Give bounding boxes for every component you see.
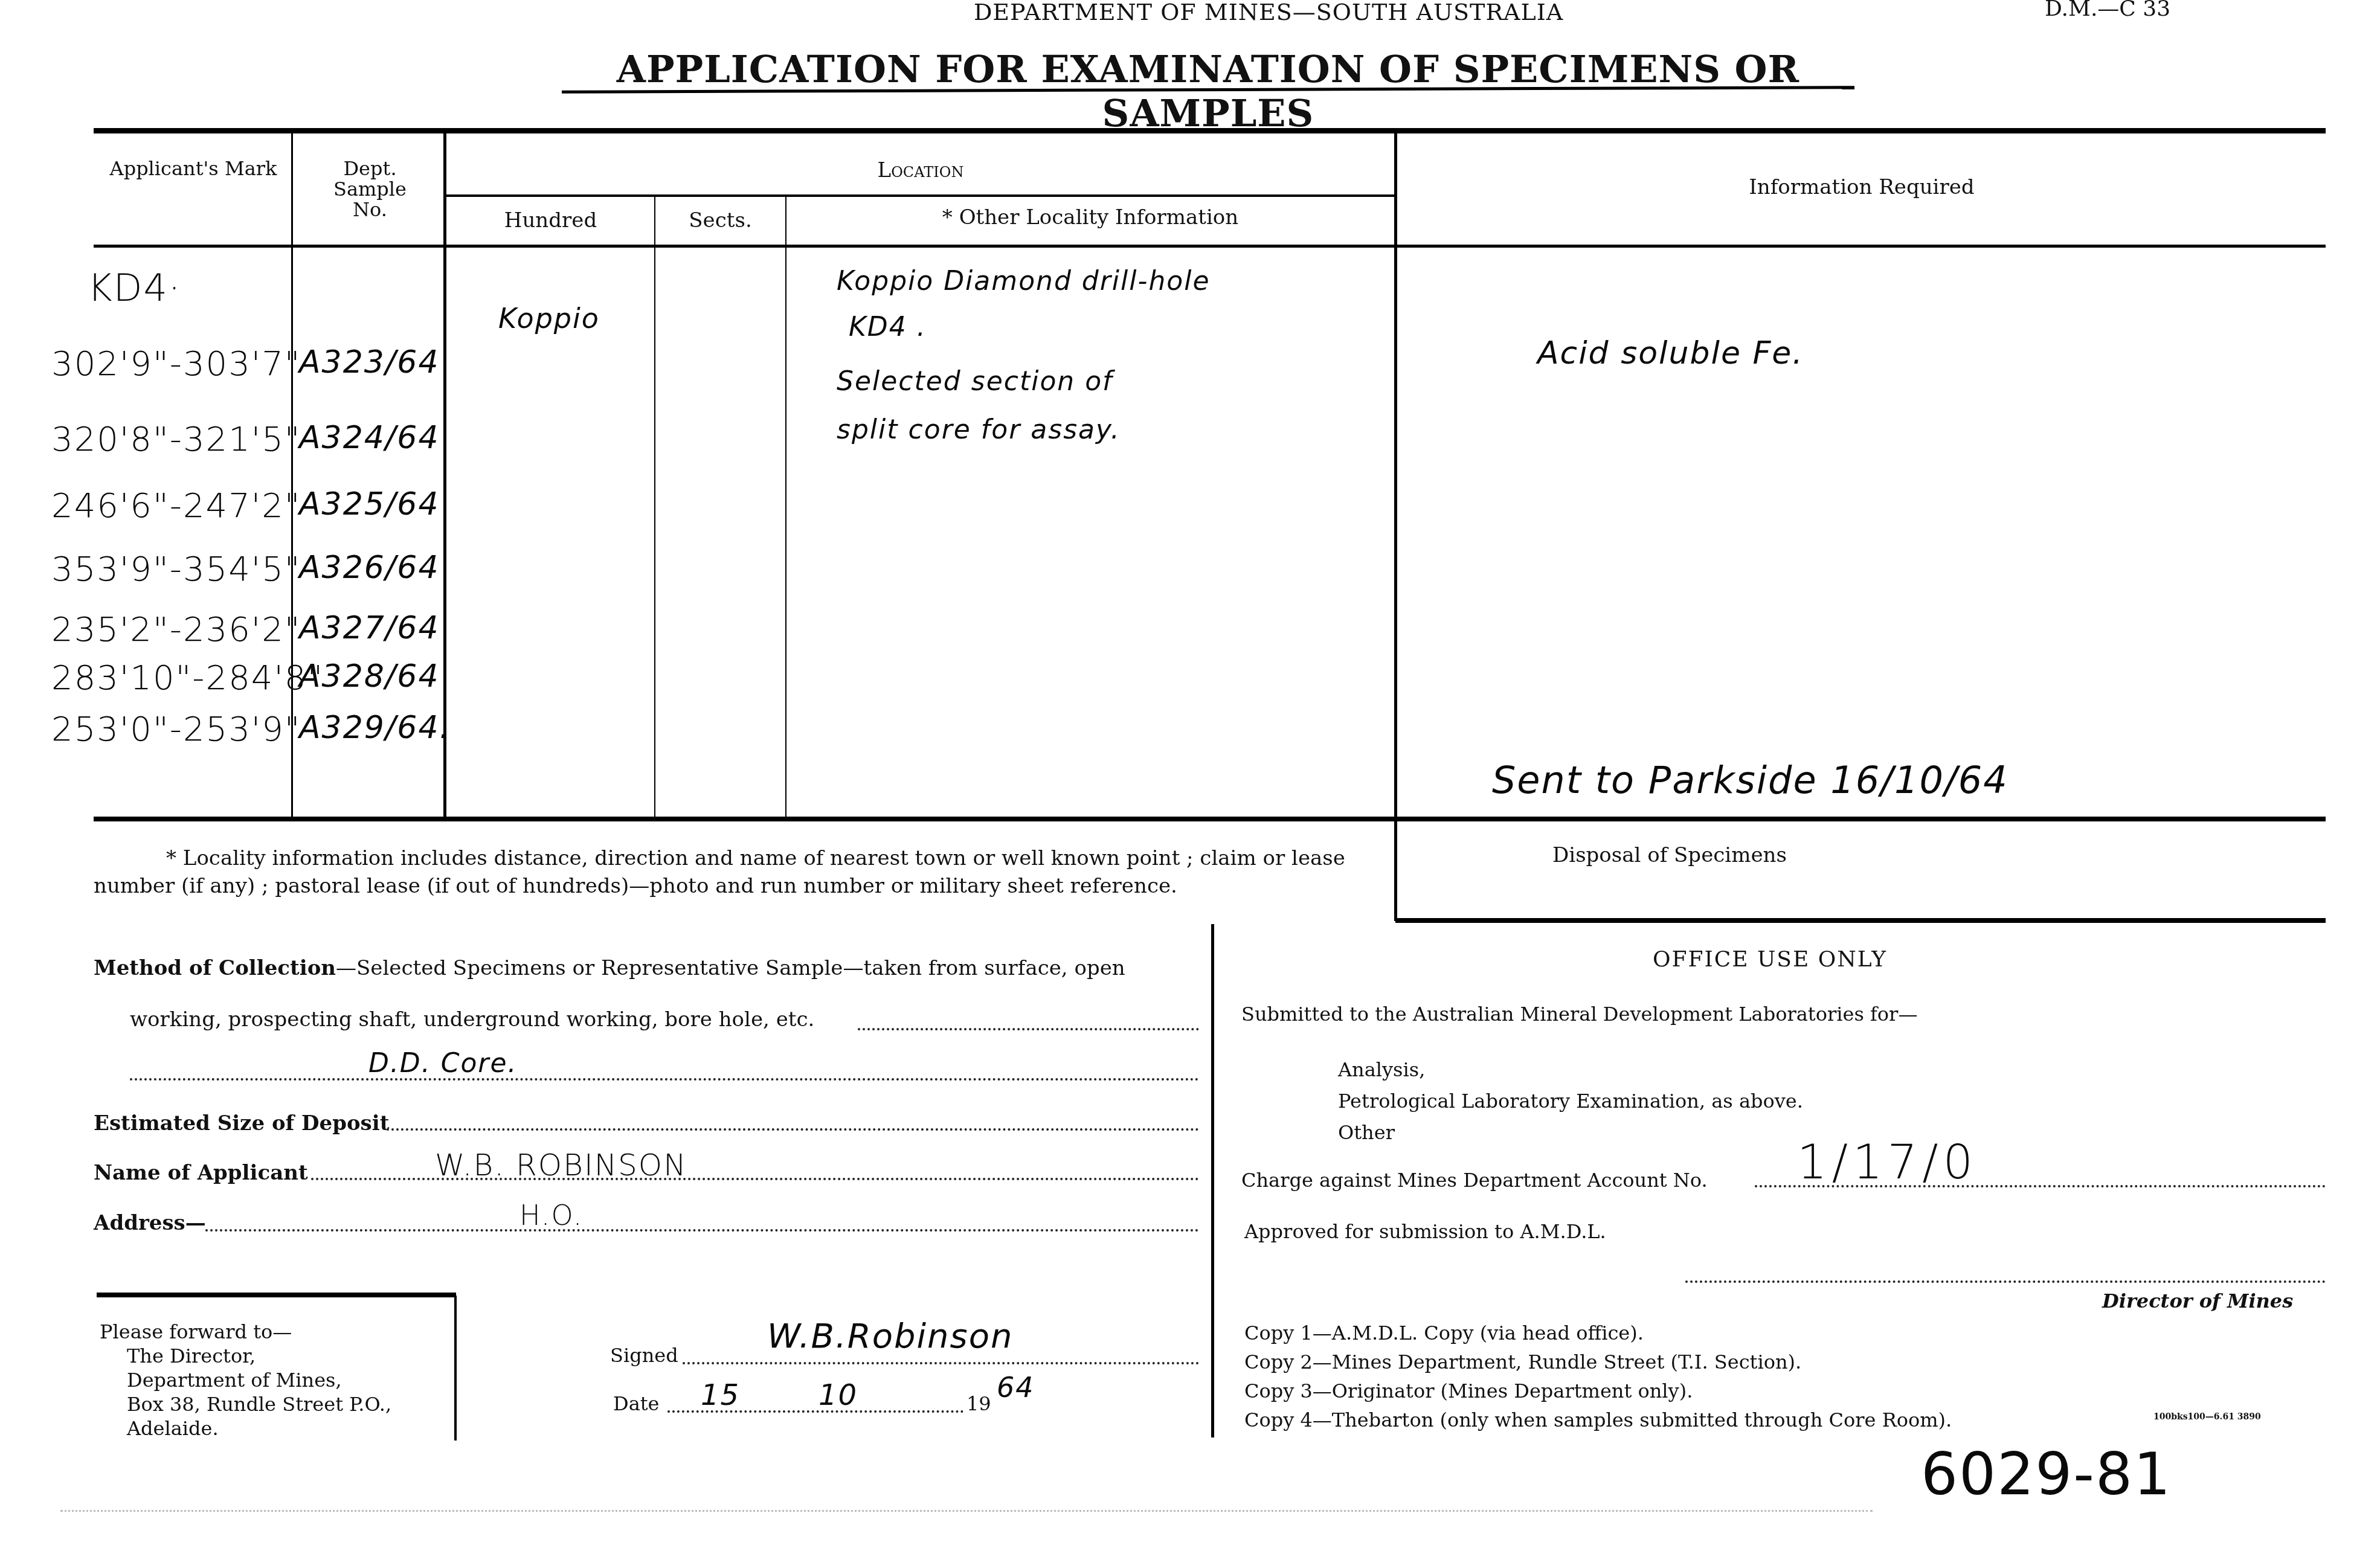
col-divider-info xyxy=(1394,130,1397,921)
signed-label: Signed xyxy=(610,1344,678,1367)
locality-line: split core for assay. xyxy=(837,414,1380,463)
copy-item: Copy 3—Originator (Mines Department only… xyxy=(1244,1376,1952,1405)
copy-item: Copy 1—A.M.D.L. Copy (via head office). xyxy=(1244,1319,1952,1347)
forward-box-top xyxy=(97,1293,456,1297)
approved-for-submission-label: Approved for submission to A.M.D.L. xyxy=(1244,1220,1606,1243)
locality-line: Koppio Diamond drill-hole xyxy=(837,266,1380,312)
signed-field[interactable] xyxy=(683,1362,1199,1364)
estimated-size-field[interactable] xyxy=(387,1128,1199,1131)
forward-line: The Director, xyxy=(100,1344,391,1368)
depth-interval-cell[interactable]: 235'2"-236'2" xyxy=(51,610,301,649)
method-of-collection-text: —Selected Specimens or Representative Sa… xyxy=(336,956,1125,980)
department-heading: DEPARTMENT OF MINES—SOUTH AUSTRALIA xyxy=(906,0,1631,25)
locality-footnote: * Locality information includes distance… xyxy=(94,844,1386,900)
table-row: 320'8"-321'5" A324/64 xyxy=(24,420,447,474)
file-number: 6029-81 xyxy=(1921,1441,2172,1508)
depth-interval-cell[interactable]: 353'9"-354'5" xyxy=(51,550,301,589)
locality-line: Selected section of xyxy=(837,366,1380,414)
forward-line: Department of Mines, xyxy=(100,1368,391,1392)
disposal-bottom-border xyxy=(1395,918,2326,923)
table-row: 353'9"-354'5" A326/64 xyxy=(24,550,447,604)
other-locality-value[interactable]: Koppio Diamond drill-hole KD4 . Selected… xyxy=(837,266,1380,463)
sample-number-cell[interactable]: A328/64 xyxy=(299,658,440,695)
forward-line: Please forward to— xyxy=(100,1320,391,1344)
date-day-value[interactable]: 15 xyxy=(701,1378,740,1412)
sample-number-cell[interactable]: A329/64. xyxy=(299,710,451,746)
name-of-applicant-label: Name of Applicant xyxy=(94,1161,308,1185)
col-header-dept-sample-no: Dept. Sample No. xyxy=(326,158,414,220)
mark-heading-value[interactable]: KD4· xyxy=(88,266,182,310)
header-bottom-border xyxy=(94,245,2326,248)
table-bottom-border xyxy=(94,817,2326,821)
table-row: 246'6"-247'2" A325/64 xyxy=(24,486,447,541)
sample-number-cell[interactable]: A325/64 xyxy=(299,486,440,522)
lower-section-divider xyxy=(1211,924,1214,1437)
option-petrological[interactable]: Petrological Laboratory Examination, as … xyxy=(1338,1085,1803,1117)
method-field-line-1 xyxy=(858,1028,1199,1030)
print-code: 100bks100—6.61 3890 xyxy=(2153,1412,2261,1422)
disposal-of-specimens-label: Disposal of Specimens xyxy=(1552,843,1787,867)
depth-interval-cell[interactable]: 246'6"-247'2" xyxy=(51,486,301,525)
copy-item: Copy 2—Mines Department, Rundle Street (… xyxy=(1244,1347,1952,1376)
date-month-value[interactable]: 10 xyxy=(819,1378,858,1412)
table-top-border xyxy=(94,128,2326,133)
table-row: 235'2"-236'2" A327/64 xyxy=(24,610,447,664)
address-label: Address— xyxy=(94,1211,206,1235)
forward-line: Box 38, Rundle Street P.O., xyxy=(100,1392,391,1416)
charge-account-label: Charge against Mines Department Account … xyxy=(1241,1169,1708,1192)
locality-line: KD4 . xyxy=(837,312,1380,366)
option-other[interactable]: Other xyxy=(1338,1117,1803,1148)
form-code: D.M.—C 33 xyxy=(2045,0,2170,21)
table-row: 302'9"-303'7" A323/64 xyxy=(24,344,447,399)
table-row: 253'0"-253'9" A329/64. xyxy=(24,710,447,764)
sample-number-cell[interactable]: A324/64 xyxy=(299,420,440,456)
estimated-size-label: Estimated Size of Deposit xyxy=(94,1111,389,1135)
hundred-value[interactable]: Koppio xyxy=(498,302,600,335)
method-of-collection-text-2: working, prospecting shaft, underground … xyxy=(130,1007,814,1032)
option-analysis[interactable]: Analysis, xyxy=(1338,1054,1803,1085)
date-century: 19 xyxy=(966,1392,991,1415)
depth-interval-cell[interactable]: 283'10"-284'8" xyxy=(51,658,324,698)
col-divider-sects xyxy=(785,196,786,818)
sample-number-cell[interactable]: A327/64 xyxy=(299,610,440,646)
signature-value[interactable]: W.B.Robinson xyxy=(767,1317,1014,1356)
method-of-collection: Method of Collection—Selected Specimens … xyxy=(94,956,1199,980)
director-of-mines-label: Director of Mines xyxy=(2102,1290,2293,1312)
col-header-information-required: Information Required xyxy=(1397,175,2327,199)
copy-distribution-list: Copy 1—A.M.D.L. Copy (via head office). … xyxy=(1244,1319,1952,1434)
sample-number-cell[interactable]: A323/64 xyxy=(299,344,440,381)
col-divider-hundred xyxy=(654,196,655,818)
name-of-applicant-value[interactable]: W.B. ROBINSON xyxy=(435,1148,687,1183)
col-header-sects: Sects. xyxy=(655,208,785,233)
forward-box-right xyxy=(454,1296,457,1441)
col-header-other-locality: * Other Locality Information xyxy=(786,205,1394,230)
depth-interval-cell[interactable]: 320'8"-321'5" xyxy=(51,420,301,459)
copy-item: Copy 4—Thebarton (only when samples subm… xyxy=(1244,1405,1952,1434)
office-use-title: OFFICE USE ONLY xyxy=(1214,947,2326,972)
forward-line: Adelaide. xyxy=(100,1416,391,1441)
director-signature-field[interactable] xyxy=(1685,1280,2326,1283)
table-row: 283'10"-284'8" A328/64 xyxy=(24,658,447,713)
date-label: Date xyxy=(613,1392,660,1415)
col-header-hundred: Hundred xyxy=(447,208,654,233)
depth-interval-cell[interactable]: 253'0"-253'9" xyxy=(51,710,301,749)
col-header-applicants-mark: Applicant's Mark xyxy=(97,158,290,179)
forward-address-block: Please forward to— The Director, Departm… xyxy=(100,1320,391,1441)
examination-options: Analysis, Petrological Laboratory Examin… xyxy=(1338,1054,1803,1148)
col-header-location: Location xyxy=(447,158,1394,182)
charge-account-value[interactable]: 1/17/0 xyxy=(1797,1135,1978,1190)
method-of-collection-label: Method of Collection xyxy=(94,956,336,980)
bottom-edge-marks xyxy=(60,1510,1873,1512)
information-required-value[interactable]: Acid soluble Fe. xyxy=(1537,335,1804,371)
address-value[interactable]: H.O. xyxy=(519,1199,583,1232)
method-field-line-2[interactable] xyxy=(130,1078,1199,1081)
date-year-value[interactable]: 64 xyxy=(997,1371,1035,1404)
sample-number-cell[interactable]: A326/64 xyxy=(299,550,440,586)
sent-to-note[interactable]: Sent to Parkside 16/10/64 xyxy=(1492,758,2009,802)
address-field[interactable] xyxy=(205,1229,1199,1232)
submitted-to-amdl: Submitted to the Australian Mineral Deve… xyxy=(1241,1003,1917,1026)
method-of-collection-value[interactable]: D.D. Core. xyxy=(368,1048,518,1079)
depth-interval-cell[interactable]: 302'9"-303'7" xyxy=(51,344,301,384)
location-subheader-line xyxy=(445,194,1394,197)
